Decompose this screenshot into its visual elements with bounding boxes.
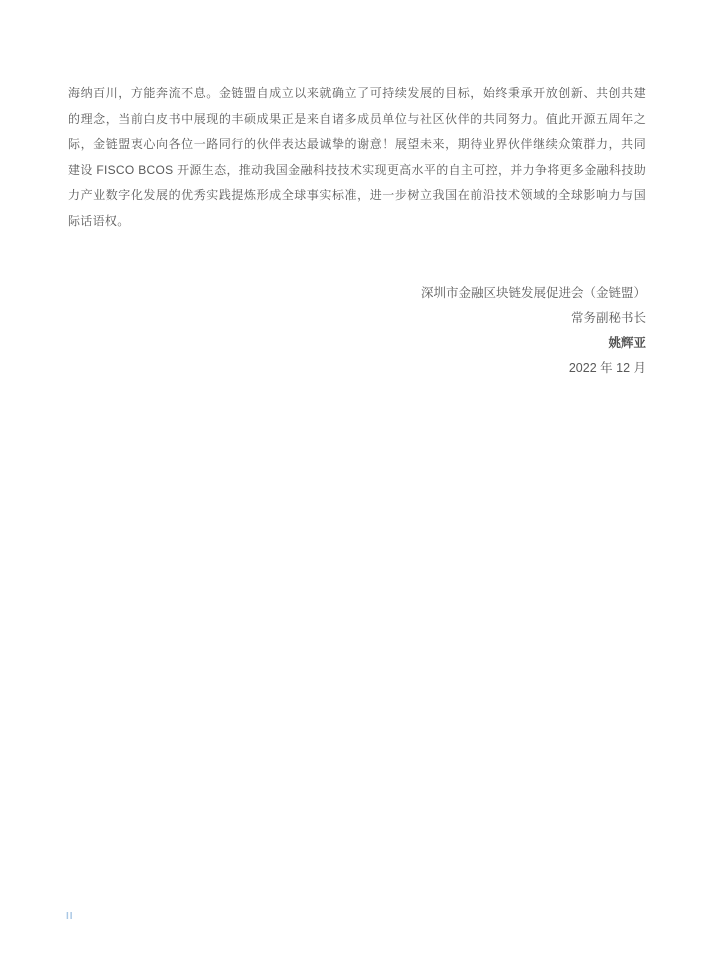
signature-title: 常务副秘书长 — [68, 306, 646, 331]
signature-name: 姚辉亚 — [68, 331, 646, 356]
document-page: 海纳百川，方能奔流不息。金链盟自成立以来就确立了可持续发展的目标，始终秉承开放创… — [0, 0, 710, 963]
signature-block: 深圳市金融区块链发展促进会（金链盟） 常务副秘书长 姚辉亚 2022 年 12 … — [68, 281, 646, 381]
signature-date: 2022 年 12 月 — [68, 356, 646, 381]
signature-organization: 深圳市金融区块链发展促进会（金链盟） — [68, 281, 646, 306]
closing-paragraph: 海纳百川，方能奔流不息。金链盟自成立以来就确立了可持续发展的目标，始终秉承开放创… — [68, 81, 646, 234]
page-number: II — [66, 911, 74, 923]
